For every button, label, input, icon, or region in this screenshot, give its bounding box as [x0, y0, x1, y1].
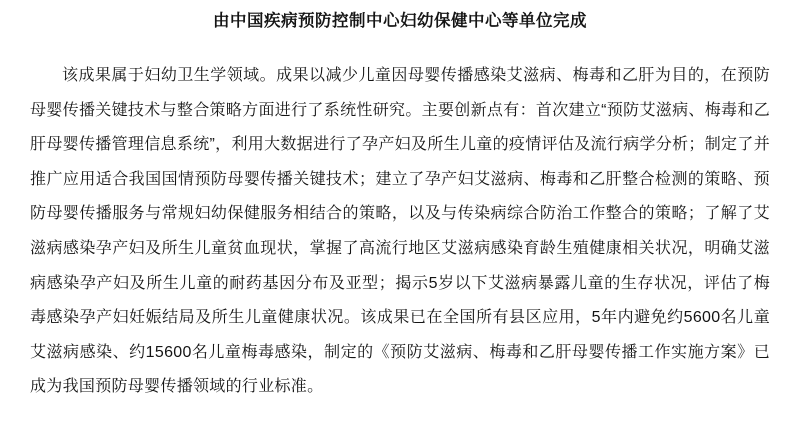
- document-body-paragraph: 该成果属于妇幼卫生学领域。成果以减少儿童因母婴传播感染艾滋病、梅毒和乙肝为目的，…: [30, 59, 770, 405]
- document-page: 由中国疾病预防控制中心妇幼保健中心等单位完成 该成果属于妇幼卫生学领域。成果以减…: [0, 0, 800, 425]
- document-title: 由中国疾病预防控制中心妇幼保健中心等单位完成: [30, 10, 770, 32]
